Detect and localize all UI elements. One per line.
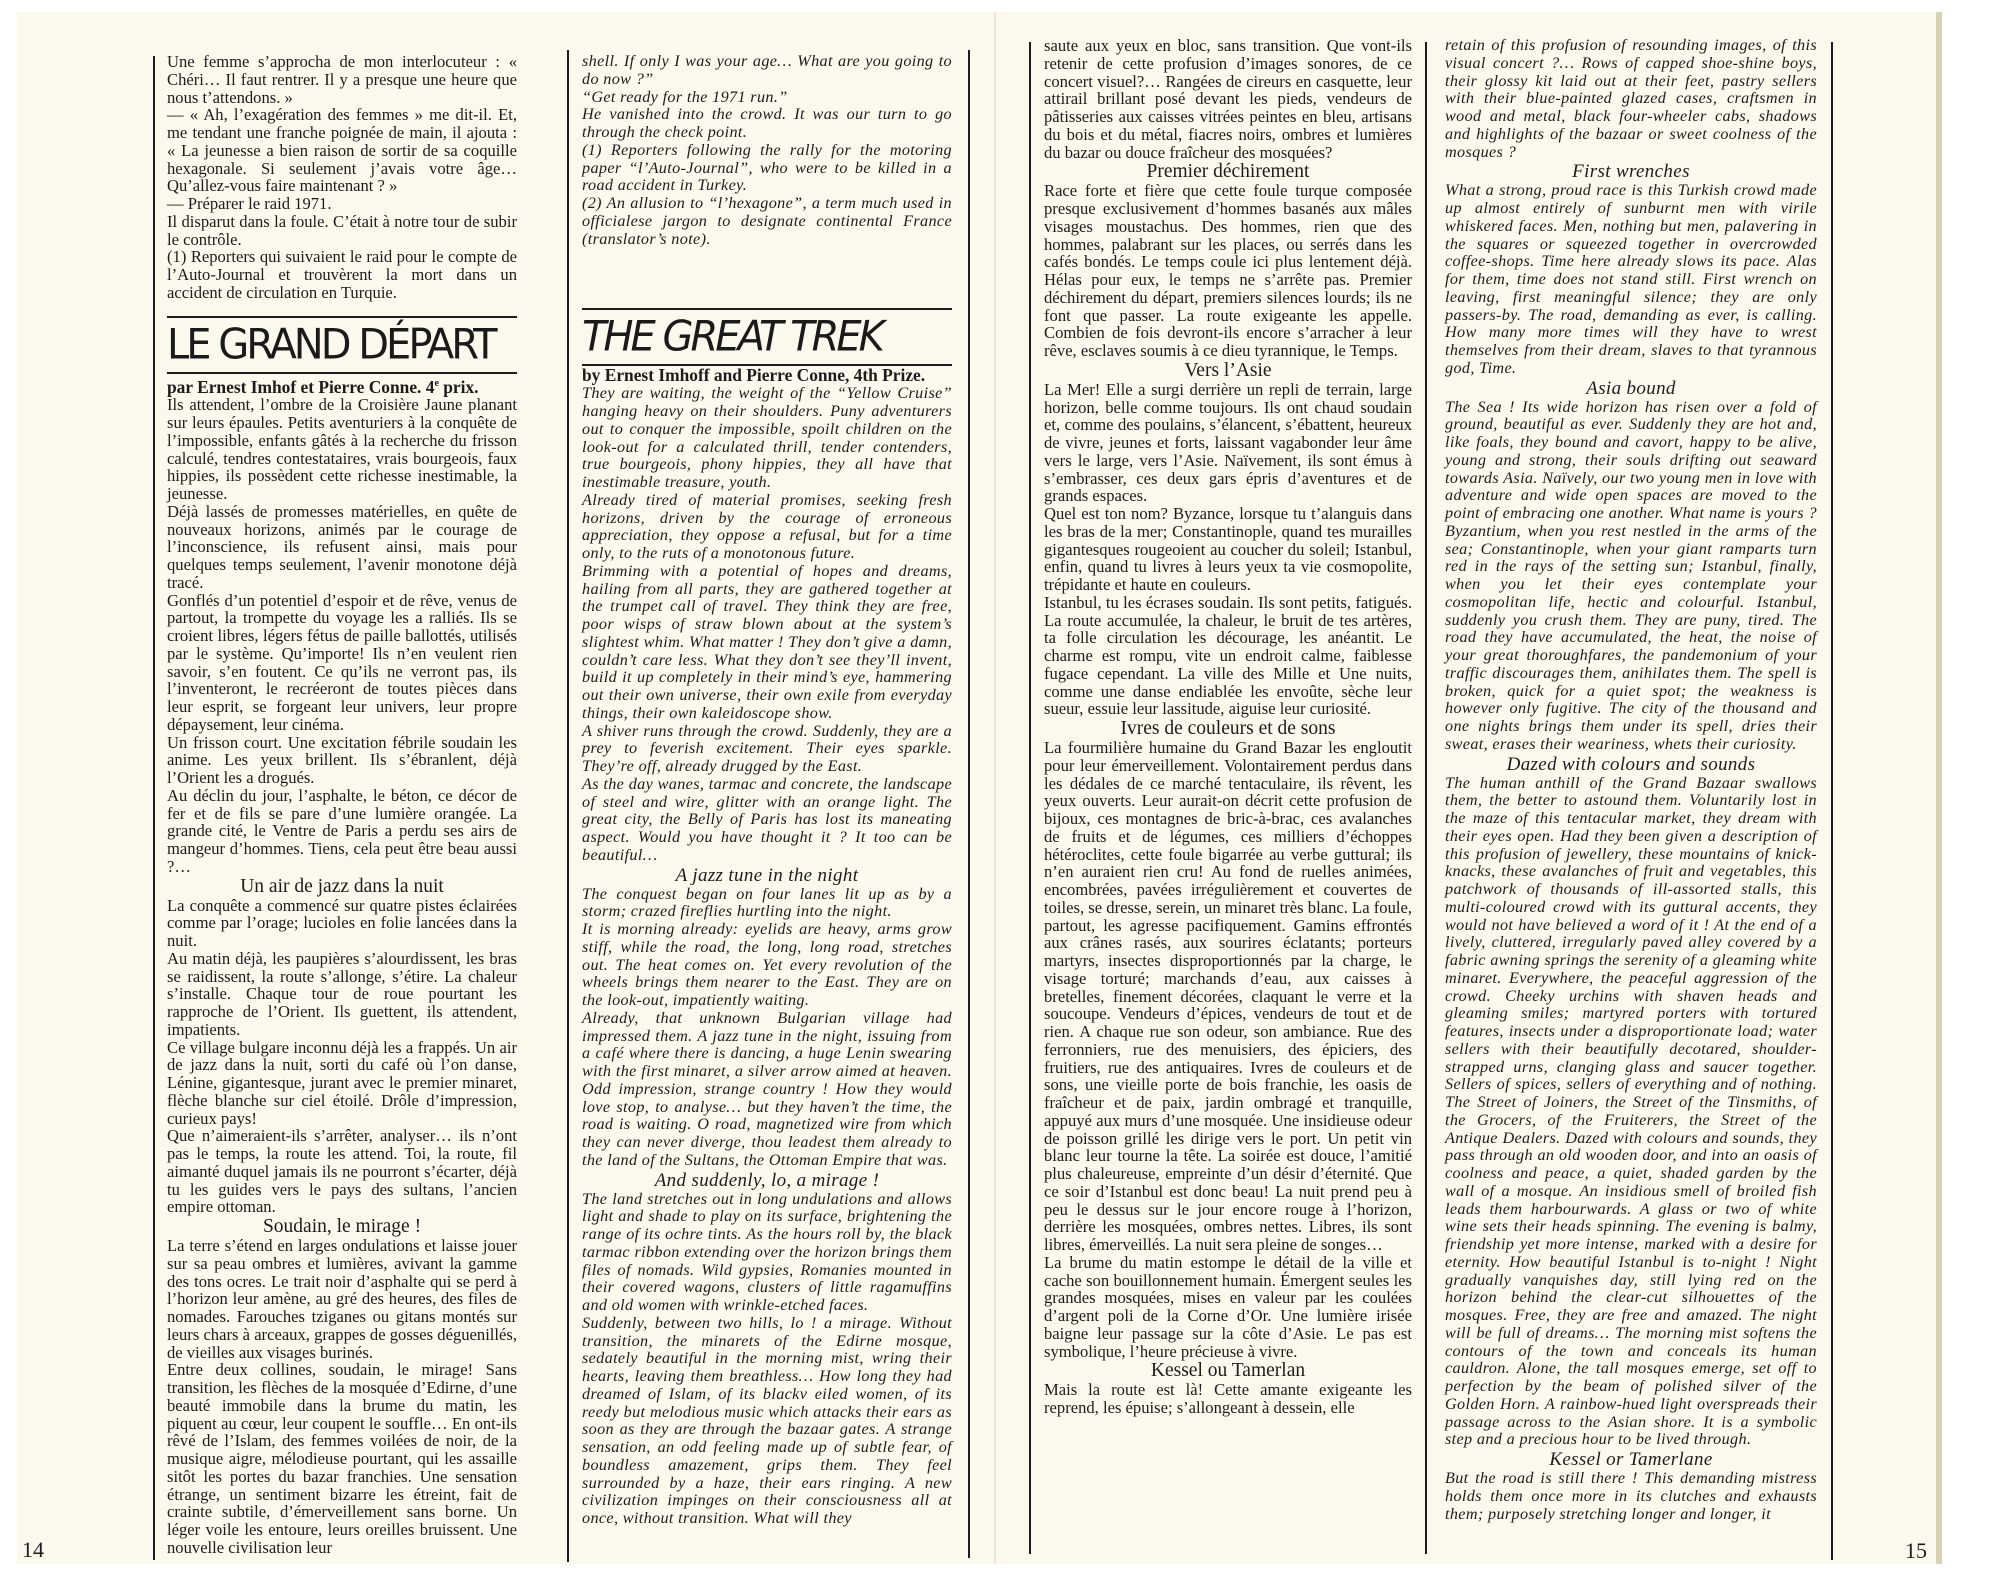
paragraph: A shiver runs through the crowd. Suddenl… (582, 723, 952, 776)
paragraph: As the day wanes, tarmac and concrete, t… (582, 776, 952, 865)
right-page-edge (1936, 12, 1942, 1564)
paragraph: Au matin déjà, les paupières s’alourdiss… (167, 950, 517, 1039)
paragraph: The conquest began on four lanes lit up … (582, 886, 952, 922)
paragraph: shell. If only I was your age… What are … (582, 53, 952, 89)
subheading: Dazed with colours and sounds (1445, 754, 1817, 775)
paragraph: Suddenly, between two hills, lo ! a mira… (582, 1315, 952, 1528)
subheading: And suddenly, lo, a mirage ! (582, 1170, 952, 1191)
page-number-left: 14 (22, 1537, 44, 1563)
subheading: Kessel ou Tamerlan (1044, 1360, 1412, 1381)
subheading: First wrenches (1445, 161, 1817, 182)
subheading: A jazz tune in the night (582, 865, 952, 886)
paragraph: La brume du matin estompe le détail de l… (1044, 1254, 1412, 1361)
paragraph: Gonflés d’un potentiel d’espoir et de rê… (167, 592, 517, 734)
paragraph: La terre s’étend en larges ondulations e… (167, 1237, 517, 1361)
subheading: Kessel or Tamerlane (1445, 1449, 1817, 1470)
subheading: Asia bound (1445, 378, 1817, 399)
paragraph: Mais la route est là! Cette amante exige… (1044, 1381, 1412, 1417)
headline-french: LE GRAND DÉPART (167, 322, 517, 366)
paragraph: Race forte et fière que cette foule turq… (1044, 182, 1412, 360)
subheading: Vers l’Asie (1044, 360, 1412, 381)
column-french-left: Une femme s’approcha de mon interlocuteu… (167, 53, 517, 1557)
paragraph: Une femme s’approcha de mon interlocuteu… (167, 53, 517, 106)
byline-french: par Ernest Imhof et Pierre Conne. 4e pri… (167, 374, 517, 397)
footnote: (1) Reporters following the rally for th… (582, 142, 952, 195)
page-spine (994, 12, 996, 1564)
paragraph: What a strong, proud race is this Turkis… (1445, 182, 1817, 377)
paragraph: It is morning already: eyelids are heavy… (582, 921, 952, 1010)
paragraph: retain of this profusion of resounding i… (1445, 37, 1817, 161)
subheading: Un air de jazz dans la nuit (167, 876, 517, 897)
paragraph: Au déclin du jour, l’asphalte, le béton,… (167, 787, 517, 876)
paragraph: — « Ah, l’exagération des femmes » me di… (167, 106, 517, 195)
paragraph: The Sea ! Its wide horizon has risen ove… (1445, 399, 1817, 754)
headline-english: THE GREAT TREK (582, 315, 952, 359)
paragraph: Istanbul, tu les écrases soudain. Ils so… (1044, 594, 1412, 718)
paragraph: Brimming with a potential of hopes and d… (582, 563, 952, 723)
paragraph: saute aux yeux en bloc, sans transition.… (1044, 37, 1412, 161)
byline-english: by Ernest Imhoff and Pierre Conne, 4th P… (582, 366, 952, 385)
paragraph: “Get ready for the 1971 run.” (582, 89, 952, 107)
column-english-right: retain of this profusion of resounding i… (1445, 37, 1817, 1523)
paragraph: Ce village bulgare inconnu déjà les a fr… (167, 1039, 517, 1128)
byline-text: par Ernest Imhof et Pierre Conne. 4 (167, 376, 434, 396)
headline-rule-top (582, 308, 952, 310)
paragraph: — Préparer le raid 1971. (167, 195, 517, 213)
paragraph: La Mer! Elle a surgi derrière un repli d… (1044, 381, 1412, 505)
paragraph: They are waiting, the weight of the “Yel… (582, 385, 952, 492)
paragraph: Quel est ton nom? Byzance, lorsque tu t’… (1044, 505, 1412, 594)
column-rule-left-page-middle (567, 50, 569, 1562)
paragraph: Déjà lassés de promesses matérielles, en… (167, 503, 517, 592)
column-rule-left-page-inner (968, 50, 970, 1558)
paragraph: The human anthill of the Grand Bazaar sw… (1445, 775, 1817, 1450)
paragraph: Que n’aimeraient-ils s’arrêter, analyser… (167, 1127, 517, 1216)
paragraph: Il disparut dans la foule. C’était à not… (167, 213, 517, 249)
footnote: (2) An allusion to “l’hexagone”, a term … (582, 195, 952, 248)
byline-end: prix. (439, 376, 479, 396)
column-rule-right-page-inner (1029, 42, 1031, 1554)
column-french-right: saute aux yeux en bloc, sans transition.… (1044, 37, 1412, 1417)
paragraph: La fourmilière humaine du Grand Bazar le… (1044, 739, 1412, 1254)
headline-rule-top (167, 316, 517, 318)
paragraph: Already tired of material promises, seek… (582, 492, 952, 563)
paragraph: Un frisson court. Une excitation fébrile… (167, 734, 517, 787)
footnote: (1) Reporters qui suivaient le raid pour… (167, 248, 517, 301)
column-rule-right-page-outer (1831, 42, 1833, 1560)
paragraph: Ils attendent, l’ombre de la Croisière J… (167, 396, 517, 503)
subheading: Premier déchirement (1044, 161, 1412, 182)
column-rule-right-page-middle (1425, 42, 1427, 1554)
paragraph: The land stretches out in long undulatio… (582, 1191, 952, 1315)
paragraph: He vanished into the crowd. It was our t… (582, 106, 952, 142)
column-english-left: shell. If only I was your age… What are … (582, 53, 952, 1528)
paragraph: La conquête a commencé sur quatre pistes… (167, 897, 517, 950)
paragraph: Entre deux collines, soudain, le mirage!… (167, 1361, 517, 1556)
subheading: Ivres de couleurs et de sons (1044, 718, 1412, 739)
column-rule-left-page-outer (153, 56, 155, 1560)
subheading: Soudain, le mirage ! (167, 1216, 517, 1237)
paragraph: Already, that unknown Bulgarian village … (582, 1010, 952, 1170)
paragraph: But the road is still there ! This deman… (1445, 1470, 1817, 1523)
page-number-right: 15 (1905, 1538, 1927, 1564)
